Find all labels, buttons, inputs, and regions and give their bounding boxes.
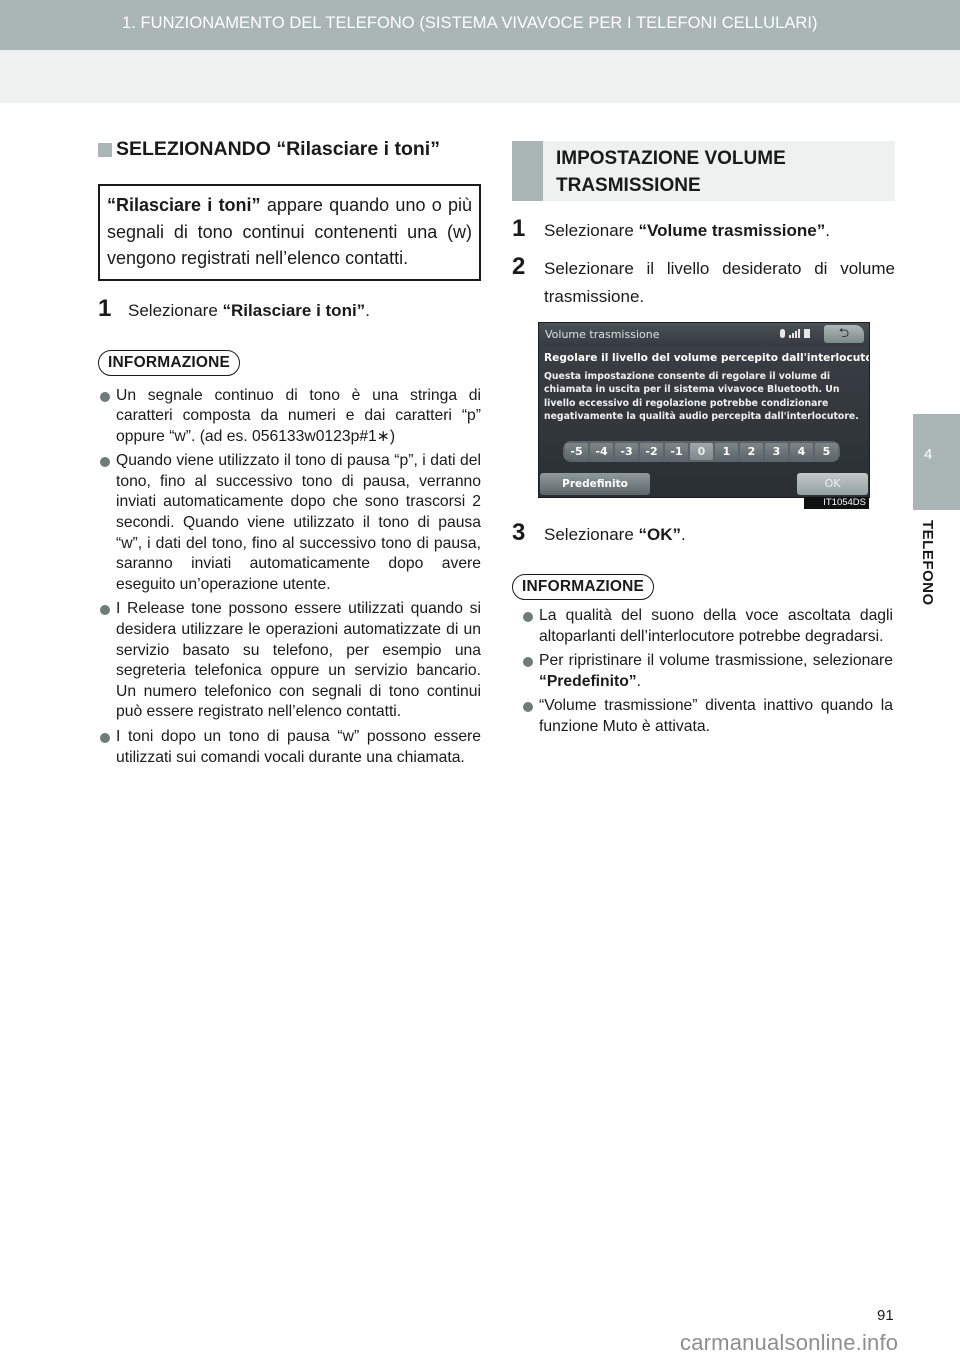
info-item: Un segnale continuo di tono è una string…	[98, 386, 481, 448]
page-number: 91	[877, 1307, 894, 1324]
info-list: La qualità del suono della voce ascoltat…	[521, 606, 893, 742]
section-box-heading: IMPOSTAZIONE VOLUME TRASMISSIONE	[512, 141, 895, 201]
volume-level-button[interactable]: -4	[590, 443, 613, 460]
volume-level-button[interactable]: 5	[815, 443, 838, 460]
back-button[interactable]: ⮌	[824, 325, 864, 343]
screen-headline: Regolare il livello del volume percepito…	[544, 352, 870, 364]
square-bullet-icon	[98, 143, 112, 157]
info-list: Un segnale continuo di tono è una string…	[98, 386, 481, 769]
volume-level-selector: -5-4-3-2-1012345	[563, 441, 840, 462]
volume-level-button[interactable]: 1	[715, 443, 738, 460]
volume-screen: Volume trasmissione ⮌ Regolare il livell…	[538, 322, 870, 498]
info-item: Per ripristinare il volume trasmissione,…	[521, 651, 893, 692]
screen-title: Volume trasmissione	[545, 328, 659, 341]
default-button[interactable]: Predefinito	[540, 473, 650, 495]
info-item: Quando viene utilizzato il tono di pausa…	[98, 451, 481, 595]
step-2: 2 Selezionare il livello desiderato di v…	[512, 253, 895, 311]
volume-level-button[interactable]: 4	[790, 443, 813, 460]
info-item: La qualità del suono della voce ascoltat…	[521, 606, 893, 647]
chapter-tab-label: TELEFONO	[919, 520, 936, 606]
note-box: “Rilasciare i toni” appare quando uno o …	[98, 184, 481, 281]
header-sub-band	[0, 50, 960, 103]
info-badge: INFORMAZIONE	[512, 574, 654, 600]
ok-button[interactable]: OK	[797, 473, 868, 495]
left-column: SELEZIONANDO “Rilasciare i toni” “Rilasc…	[98, 138, 481, 772]
screen-description: Questa impostazione consente di regolare…	[544, 370, 866, 423]
chapter-header-bar: 1. FUNZIONAMENTO DEL TELEFONO (SISTEMA V…	[0, 0, 960, 50]
volume-level-button[interactable]: -1	[665, 443, 688, 460]
info-item: “Volume trasmissione” diventa inattivo q…	[521, 696, 893, 737]
right-column: IMPOSTAZIONE VOLUME TRASMISSIONE 1 Selez…	[512, 141, 895, 311]
volume-level-button[interactable]: -2	[640, 443, 663, 460]
signal-icon	[789, 329, 800, 338]
info-item: I toni dopo un tono di pausa “w” possono…	[98, 727, 481, 768]
volume-level-button[interactable]: -3	[615, 443, 638, 460]
info-badge: INFORMAZIONE	[98, 350, 240, 376]
bluetooth-icon	[780, 329, 785, 338]
battery-icon	[804, 329, 810, 338]
volume-level-button[interactable]: 3	[765, 443, 788, 460]
info-item: I Release tone possono essere utilizzati…	[98, 599, 481, 723]
step-3: 3 Selezionare “OK”.	[512, 519, 895, 549]
chapter-title: 1. FUNZIONAMENTO DEL TELEFONO (SISTEMA V…	[122, 14, 818, 33]
chapter-tab-number: 4	[924, 446, 932, 463]
volume-level-button[interactable]: -5	[565, 443, 588, 460]
watermark: carmanualsonline.info	[680, 1330, 898, 1356]
image-code: IT1054DS	[804, 497, 869, 509]
section-heading: SELEZIONANDO “Rilasciare i toni”	[98, 138, 481, 161]
step-1: 1 Selezionare “Volume trasmissione”.	[512, 215, 895, 245]
chapter-tab	[913, 414, 960, 510]
step-1: 1 Selezionare “Rilasciare i toni”.	[98, 295, 481, 323]
volume-level-button[interactable]: 0	[690, 443, 713, 460]
volume-level-button[interactable]: 2	[740, 443, 763, 460]
